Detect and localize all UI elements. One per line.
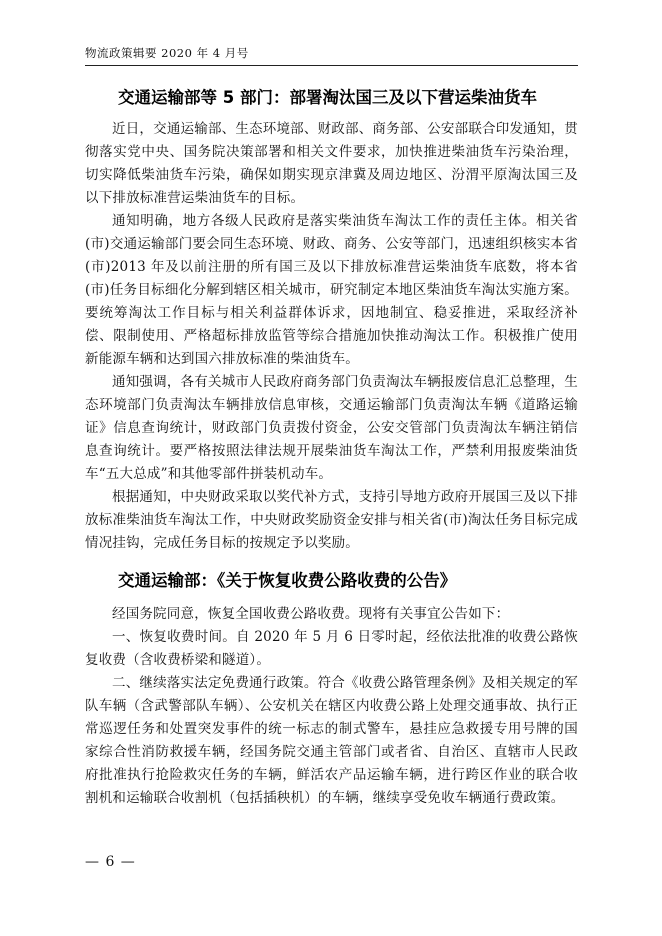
header-divider [85, 65, 578, 66]
page-header: 物流政策辑要 2020 年 4 月号 [85, 46, 578, 66]
article-1-paragraph-4: 根据通知，中央财政采取以奖代补方式，支持引导地方政府开展国三及以下排放标准柴油货… [85, 486, 578, 555]
article-2-paragraph-3: 二、继续落实法定免费通行政策。符合《收费公路管理条例》及相关规定的军队车辆（含武… [85, 672, 578, 810]
article-2-paragraph-1: 经国务院同意，恢复全国收费公路收费。现将有关事宜公告如下： [85, 603, 578, 626]
article-1-paragraph-2: 通知明确，地方各级人民政府是落实柴油货车淘汰工作的责任主体。相关省(市)交通运输… [85, 210, 578, 371]
article-2-title: 交通运输部：《关于恢复收费公路收费的公告》 [85, 570, 578, 592]
article-toll-road-resumption: 交通运输部：《关于恢复收费公路收费的公告》 经国务院同意，恢复全国收费公路收费。… [85, 570, 578, 810]
running-header-text: 物流政策辑要 2020 年 4 月号 [85, 46, 578, 61]
article-1-paragraph-3: 通知强调，各有关城市人民政府商务部门负责淘汰车辆报废信息汇总整理，生态环境部门负… [85, 371, 578, 486]
article-1-paragraph-1: 近日，交通运输部、生态环境部、财政部、商务部、公安部联合印发通知，贯彻落实党中央… [85, 118, 578, 210]
article-1-title: 交通运输部等 5 部门：部署淘汰国三及以下营运柴油货车 [85, 87, 578, 109]
article-diesel-truck-phaseout: 交通运输部等 5 部门：部署淘汰国三及以下营运柴油货车 近日，交通运输部、生态环… [85, 87, 578, 555]
document-page: 物流政策辑要 2020 年 4 月号 交通运输部等 5 部门：部署淘汰国三及以下… [0, 0, 662, 936]
article-2-paragraph-2: 一、恢复收费时间。自 2020 年 5 月 6 日零时起，经依法批准的收费公路恢… [85, 626, 578, 672]
page-number: — 6 — [85, 854, 136, 870]
